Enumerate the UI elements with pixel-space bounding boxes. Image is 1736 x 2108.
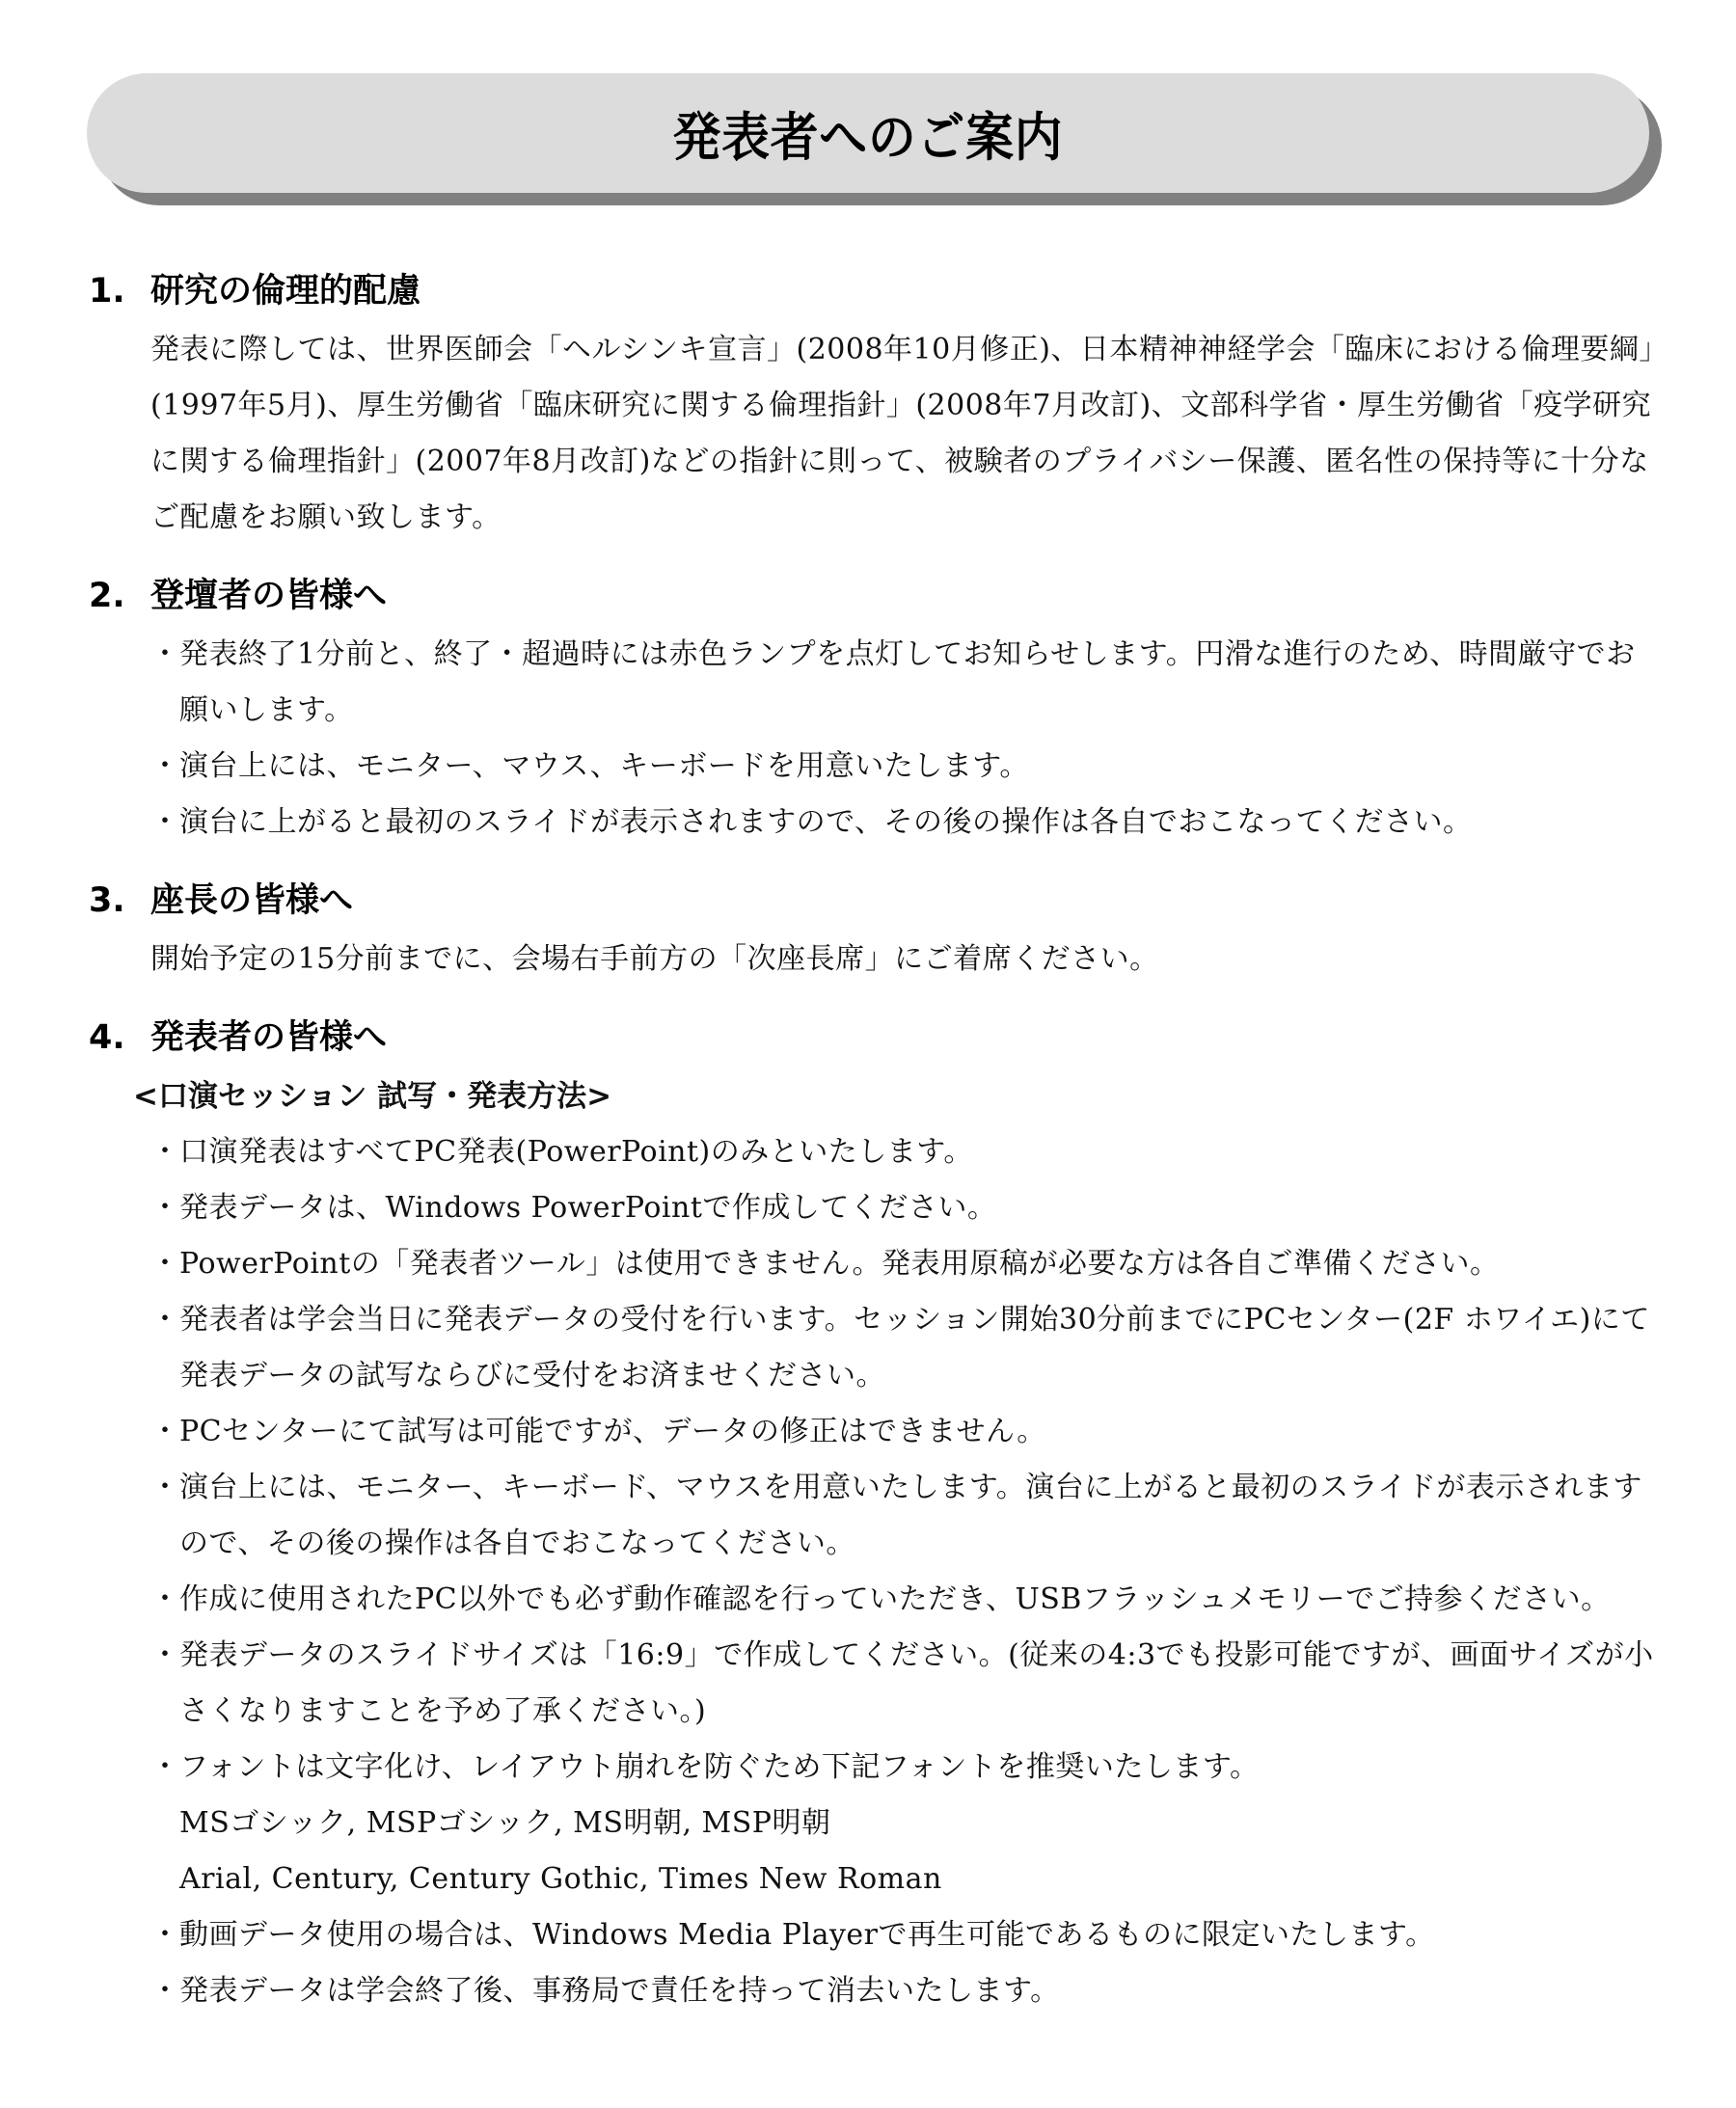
section-title: 座長の皆様へ	[150, 870, 353, 932]
bullet-dot-icon: ・	[150, 1404, 179, 1460]
section-research-ethics: 1. 研究の倫理的配慮 発表に際しては、世界医師会「ヘルシンキ宣言」(2008年…	[89, 260, 1661, 546]
list-item: ・PowerPointの「発表者ツール」は使用できません。発表用原稿が必要な方は…	[89, 1236, 1661, 1292]
bullet-dot-icon: ・	[150, 1907, 179, 1963]
list-item: ・口演発表はすべてPC発表(PowerPoint)のみといたします。	[89, 1124, 1661, 1180]
bullet-dot-icon: ・	[150, 1124, 179, 1180]
list-item-fonts: ・フォントは文字化け、レイアウト崩れを防ぐため下記フォントを推奨いたします。 M…	[89, 1740, 1661, 1907]
section-title: 研究の倫理的配慮	[150, 260, 420, 322]
font-list-western: Arial, Century, Century Gothic, Times Ne…	[179, 1851, 1661, 1907]
bullet-dot-icon: ・	[150, 1236, 179, 1292]
section-heading: 3. 座長の皆様へ	[89, 870, 1661, 932]
list-item: ・発表者は学会当日に発表データの受付を行います。セッション開始30分前までにPC…	[89, 1292, 1661, 1404]
list-item: ・演台に上がると最初のスライドが表示されますので、その後の操作は各自でおこなって…	[89, 795, 1661, 851]
bullet-dot-icon: ・	[150, 1572, 179, 1628]
bullet-dot-icon: ・	[150, 627, 179, 683]
list-item: ・作成に使用されたPC以外でも必ず動作確認を行っていただき、USBフラッシュメモ…	[89, 1572, 1661, 1628]
section-title: 登壇者の皆様へ	[150, 565, 387, 627]
bullet-list: ・口演発表はすべてPC発表(PowerPoint)のみといたします。 ・発表デー…	[89, 1124, 1661, 2019]
font-list-japanese: MSゴシック, MSPゴシック, MS明朝, MSP明朝	[179, 1796, 1661, 1851]
section-chairs: 3. 座長の皆様へ 開始予定の15分前までに、会場右手前方の「次座長席」にご着席…	[89, 870, 1661, 987]
list-item: ・発表データは学会終了後、事務局で責任を持って消去いたします。	[89, 1963, 1661, 2019]
section-presenters: 4. 発表者の皆様へ <口演セッション 試写・発表方法> ・口演発表はすべてPC…	[89, 1007, 1661, 2019]
section-number: 4.	[89, 1007, 150, 1068]
list-item: ・演台上には、モニター、マウス、キーボードを用意いたします。	[89, 739, 1661, 795]
subsection-heading: <口演セッション 試写・発表方法>	[133, 1068, 1661, 1124]
list-item: ・発表データのスライドサイズは「16:9」で作成してください。(従来の4:3でも…	[89, 1628, 1661, 1740]
bullet-dot-icon: ・	[150, 1460, 179, 1516]
section-heading: 2. 登壇者の皆様へ	[89, 565, 1661, 627]
list-item: ・PCセンターにて試写は可能ですが、データの修正はできません。	[89, 1404, 1661, 1460]
list-item: ・演台上には、モニター、キーボード、マウスを用意いたします。演台に上がると最初の…	[89, 1460, 1661, 1572]
section-paragraph: 開始予定の15分前までに、会場右手前方の「次座長席」にご着席ください。	[150, 932, 1661, 987]
bullet-dot-icon: ・	[150, 795, 179, 851]
list-item: ・発表データは、Windows PowerPointで作成してください。	[89, 1180, 1661, 1236]
bullet-dot-icon: ・	[150, 1963, 179, 2019]
list-item: ・発表終了1分前と、終了・超過時には赤色ランプを点灯してお知らせします。円滑な進…	[89, 627, 1661, 739]
title-banner-box: 発表者へのご案内	[87, 73, 1649, 193]
section-number: 2.	[89, 565, 150, 627]
list-item: ・動画データ使用の場合は、Windows Media Playerで再生可能であ…	[89, 1907, 1661, 1963]
section-number: 1.	[89, 260, 150, 322]
bullet-dot-icon: ・	[150, 1740, 179, 1796]
bullet-list: ・発表終了1分前と、終了・超過時には赤色ランプを点灯してお知らせします。円滑な進…	[89, 627, 1661, 851]
section-heading: 1. 研究の倫理的配慮	[89, 260, 1661, 322]
bullet-dot-icon: ・	[150, 1292, 179, 1348]
section-paragraph: 発表に際しては、世界医師会「ヘルシンキ宣言」(2008年10月修正)、日本精神神…	[150, 322, 1661, 546]
document-body: 1. 研究の倫理的配慮 発表に際しては、世界医師会「ヘルシンキ宣言」(2008年…	[89, 260, 1661, 2039]
section-speakers: 2. 登壇者の皆様へ ・発表終了1分前と、終了・超過時には赤色ランプを点灯してお…	[89, 565, 1661, 851]
page-title: 発表者へのご案内	[673, 96, 1064, 171]
section-number: 3.	[89, 870, 150, 932]
section-heading: 4. 発表者の皆様へ	[89, 1007, 1661, 1068]
section-title: 発表者の皆様へ	[150, 1007, 387, 1068]
bullet-dot-icon: ・	[150, 739, 179, 795]
bullet-dot-icon: ・	[150, 1628, 179, 1684]
bullet-dot-icon: ・	[150, 1180, 179, 1236]
title-banner: 発表者へのご案内	[87, 73, 1649, 193]
